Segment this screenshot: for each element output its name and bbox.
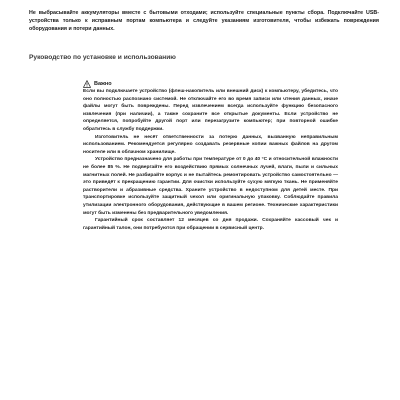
warning-paragraph-3: Устройство предназначено для работы при … — [83, 156, 338, 217]
warning-paragraph-1: Если вы подключаете устройство (флеш-нак… — [83, 88, 338, 134]
warning-title: Важно — [94, 81, 112, 87]
warning-triangle-icon — [83, 80, 91, 88]
warning-header: Важно — [83, 80, 338, 88]
warning-paragraph-2: Изготовитель не несёт ответственности за… — [83, 134, 338, 157]
warning-paragraph-4: Гарантийный срок составляет 12 месяцев с… — [83, 217, 338, 232]
warning-block: Важно Если вы подключаете устройство (фл… — [83, 80, 338, 232]
intro-paragraph: Не выбрасывайте аккумуляторы вместе с бы… — [29, 9, 379, 33]
section-heading: Руководство по установке и использованию — [29, 53, 329, 62]
